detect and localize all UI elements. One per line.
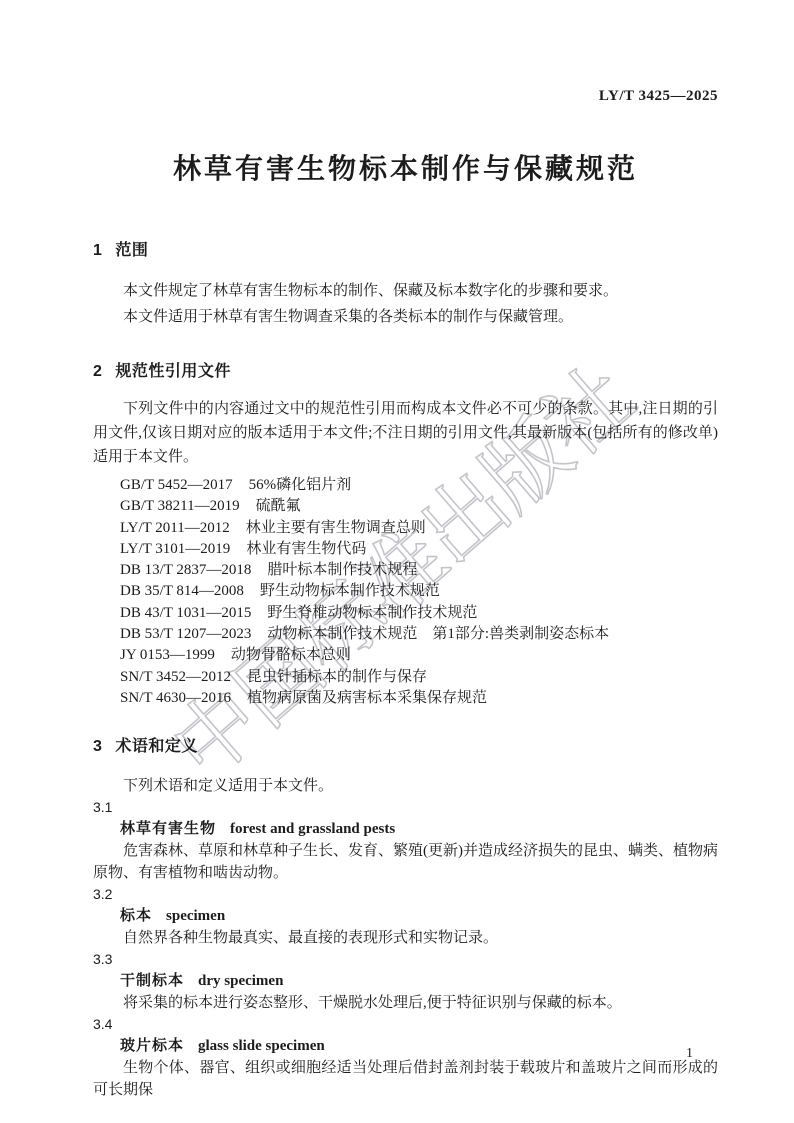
reference-item: DB 43/T 1031—2015野生脊椎动物标本制作技术规范 — [120, 603, 718, 624]
reference-code: DB 53/T 1207—2023 — [120, 626, 251, 642]
reference-item: JY 0153—1999动物骨骼标本总则 — [120, 645, 718, 666]
reference-title: 植物病原菌及病害标本采集保存规范 — [247, 690, 487, 706]
reference-item: LY/T 3101—2019林业有害生物代码 — [120, 539, 718, 560]
reference-title: 林业主要有害生物调查总则 — [246, 520, 426, 536]
document-title: 林草有害生物标本制作与保藏规范 — [93, 147, 718, 187]
reference-title: 硫酰氟 — [256, 498, 301, 514]
term-number: 3.3 — [93, 949, 718, 970]
document-page: 中国标准出版社 LY/T 3425—2025 林草有害生物标本制作与保藏规范 1… — [0, 0, 794, 1123]
section-title: 规范性引用文件 — [115, 363, 231, 380]
term-chinese: 玻片标本 — [120, 1037, 184, 1054]
reference-list: GB/T 5452—201756%磷化铝片剂 GB/T 38211—2019硫酰… — [93, 475, 718, 709]
standard-number: LY/T 3425—2025 — [93, 88, 718, 105]
reference-item: SN/T 3452—2012昆虫针插标本的制作与保存 — [120, 667, 718, 688]
reference-code: DB 35/T 814—2008 — [120, 583, 244, 599]
term-block: 3.1 林草有害生物forest and grassland pests 危害森… — [93, 797, 718, 884]
reference-code: SN/T 4630—2016 — [120, 690, 231, 706]
term-english: glass slide specimen — [198, 1038, 325, 1054]
reference-item: DB 13/T 2837—2018腊叶标本制作技术规程 — [120, 560, 718, 581]
reference-code: LY/T 2011—2012 — [120, 520, 230, 536]
reference-code: GB/T 5452—2017 — [120, 477, 233, 493]
reference-code: DB 13/T 2837—2018 — [120, 562, 251, 578]
term-english: dry specimen — [198, 973, 283, 989]
term-english: forest and grassland pests — [230, 821, 395, 837]
section-scope-heading: 1范围 — [93, 237, 718, 260]
term-number: 3.4 — [93, 1014, 718, 1035]
term-number: 3.2 — [93, 884, 718, 905]
term-definition: 生物个体、器官、组织或细胞经适当处理后借封盖剂封装于载玻片和盖玻片之间而形成的可… — [93, 1057, 718, 1101]
reference-code: SN/T 3452—2012 — [120, 669, 231, 685]
scope-paragraph-1: 本文件规定了林草有害生物标本的制作、保藏及标本数字化的步骤和要求。 — [93, 279, 718, 304]
section-number: 3 — [93, 738, 102, 755]
reference-item: GB/T 5452—201756%磷化铝片剂 — [120, 475, 718, 496]
reference-item: DB 53/T 1207—2023动物标本制作技术规范 第1部分:兽类剥制姿态标… — [120, 624, 718, 645]
reference-code: LY/T 3101—2019 — [120, 541, 230, 557]
terms-intro: 下列术语和定义适用于本文件。 — [93, 775, 718, 797]
term-heading: 干制标本dry specimen — [120, 970, 718, 992]
term-block: 3.2 标本specimen 自然界各种生物最真实、最直接的表现形式和实物记录。 — [93, 884, 718, 949]
reference-title: 动物骨骼标本总则 — [231, 647, 351, 663]
reference-title: 动物标本制作技术规范 第1部分:兽类剥制姿态标本 — [267, 626, 609, 642]
reference-item: DB 35/T 814—2008野生动物标本制作技术规范 — [120, 581, 718, 602]
reference-item: SN/T 4630—2016植物病原菌及病害标本采集保存规范 — [120, 688, 718, 709]
references-intro: 下列文件中的内容通过文中的规范性引用而构成本文件必不可少的条款。其中,注日期的引… — [93, 397, 718, 469]
term-definition: 将采集的标本进行姿态整形、干燥脱水处理后,便于特征识别与保藏的标本。 — [93, 992, 718, 1014]
reference-item: GB/T 38211—2019硫酰氟 — [120, 496, 718, 517]
reference-code: DB 43/T 1031—2015 — [120, 605, 251, 621]
term-chinese: 干制标本 — [120, 972, 184, 989]
term-heading: 林草有害生物forest and grassland pests — [120, 818, 718, 840]
term-chinese: 林草有害生物 — [120, 820, 216, 837]
page-content: LY/T 3425—2025 林草有害生物标本制作与保藏规范 1范围 本文件规定… — [0, 0, 794, 1101]
reference-title: 昆虫针插标本的制作与保存 — [247, 669, 427, 685]
reference-title: 野生动物标本制作技术规范 — [260, 583, 440, 599]
reference-title: 林业有害生物代码 — [246, 541, 366, 557]
page-number: 1 — [686, 1046, 693, 1062]
term-block: 3.4 玻片标本glass slide specimen 生物个体、器官、组织或… — [93, 1014, 718, 1101]
reference-title: 56%磷化铝片剂 — [249, 477, 352, 493]
reference-code: JY 0153—1999 — [120, 647, 215, 663]
term-number: 3.1 — [93, 797, 718, 818]
reference-code: GB/T 38211—2019 — [120, 498, 240, 514]
reference-item: LY/T 2011—2012林业主要有害生物调查总则 — [120, 518, 718, 539]
section-number: 2 — [93, 363, 102, 380]
term-definition: 危害森林、草原和林草种子生长、发育、繁殖(更新)并造成经济损失的昆虫、螨类、植物… — [93, 840, 718, 884]
section-terms-heading: 3术语和定义 — [93, 733, 718, 756]
term-english: specimen — [166, 908, 225, 924]
reference-title: 野生脊椎动物标本制作技术规范 — [267, 605, 477, 621]
section-number: 1 — [93, 242, 102, 259]
scope-paragraph-2: 本文件适用于林草有害生物调查采集的各类标本的制作与保藏管理。 — [93, 305, 718, 330]
reference-title: 腊叶标本制作技术规程 — [267, 562, 417, 578]
section-title: 范围 — [115, 242, 148, 259]
term-heading: 玻片标本glass slide specimen — [120, 1035, 718, 1057]
term-block: 3.3 干制标本dry specimen 将采集的标本进行姿态整形、干燥脱水处理… — [93, 949, 718, 1014]
term-chinese: 标本 — [120, 907, 152, 924]
section-references-heading: 2规范性引用文件 — [93, 358, 718, 381]
section-title: 术语和定义 — [115, 738, 198, 755]
term-definition: 自然界各种生物最真实、最直接的表现形式和实物记录。 — [93, 927, 718, 949]
term-heading: 标本specimen — [120, 905, 718, 927]
